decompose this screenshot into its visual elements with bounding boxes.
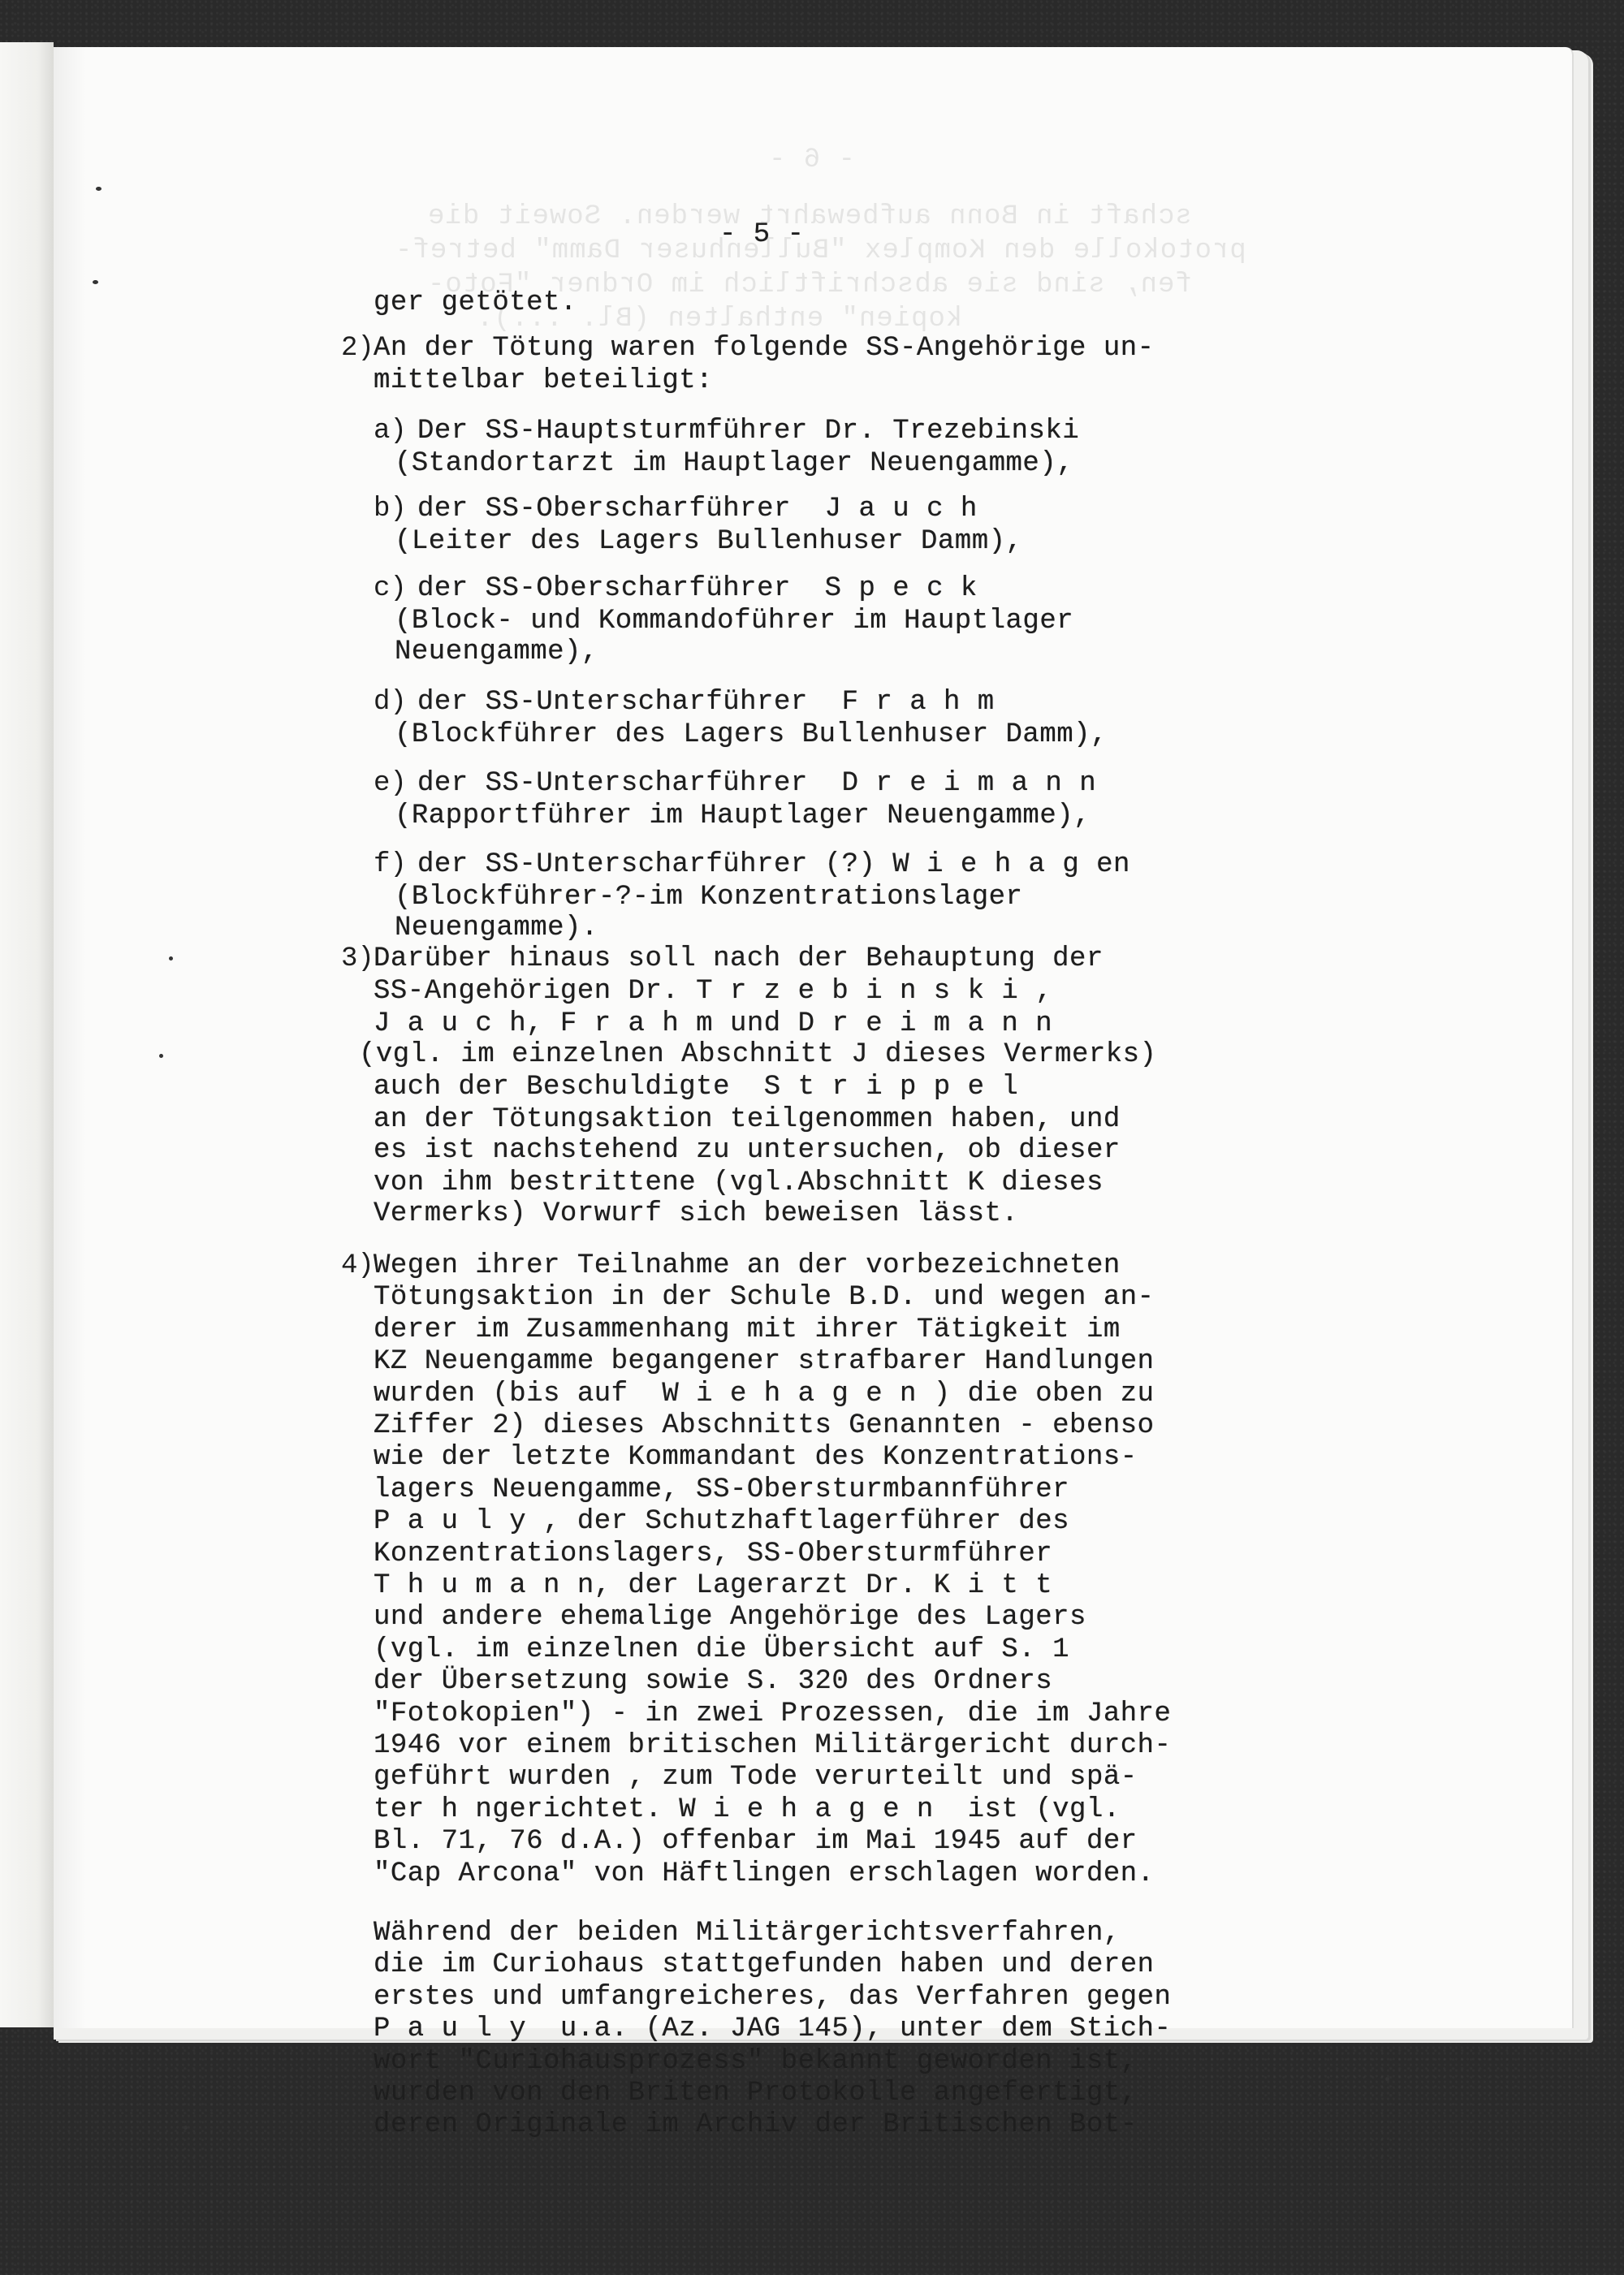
section-4-line: wurden (bis auf W i e h a g e n ) die ob… — [374, 1379, 1155, 1409]
section-4-line: geführt wurden , zum Tode verurteilt und… — [374, 1762, 1138, 1793]
section-4-marker: 4) — [341, 1250, 374, 1281]
section-4-line: lagers Neuengamme, SS-Obersturmbannführe… — [374, 1474, 1069, 1505]
item-c-line: (Block- und Kommandoführer im Hauptlager — [395, 606, 1073, 637]
speck — [93, 280, 98, 284]
section-4-continuation-line: wort "Curiohausprozess" bekannt geworden… — [374, 2046, 1138, 2077]
page-number: - 5 - — [719, 219, 805, 250]
section-4-continuation-line: die im Curiohaus stattgefunden haben und… — [374, 1949, 1155, 1980]
section-2-line: mittelbar beteiligt: — [374, 365, 713, 396]
item-f-line: Neuengamme). — [395, 913, 598, 943]
bleed-line: schaft in Bonn aufbewahrt werden. Soweit… — [427, 201, 1192, 232]
speck — [159, 1054, 163, 1058]
section-3-line: Darüber hinaus soll nach der Behauptung … — [374, 943, 1104, 974]
item-a-line: Der SS-Hauptsturmführer Dr. Trezebinski — [417, 416, 1079, 447]
opening-line: ger getötet. — [374, 287, 577, 318]
section-4-line: wie der letzte Kommandant des Konzentrat… — [374, 1442, 1138, 1473]
speck — [184, 2126, 188, 2130]
section-4-line: "Fotokopien") - in zwei Prozessen, die i… — [374, 1699, 1171, 1729]
section-3-line: es ist nachstehend zu untersuchen, ob di… — [374, 1135, 1121, 1166]
item-d-marker: d) — [374, 687, 407, 718]
item-b-marker: b) — [374, 494, 407, 525]
section-4-line: der Übersetzung sowie S. 320 des Ordners — [374, 1666, 1052, 1697]
item-f-line: der SS-Unterscharführer (?) W i e h a g … — [417, 849, 1130, 880]
section-3-line: J a u c h, F r a h m und D r e i m a n n — [374, 1008, 1052, 1039]
item-d-line: (Blockführer des Lagers Bullenhuser Damm… — [395, 719, 1108, 750]
item-d-line: der SS-Unterscharführer F r a h m — [417, 687, 995, 718]
item-b-line: der SS-Oberscharführer J a u c h — [417, 494, 978, 525]
section-3-line: SS-Angehörigen Dr. T r z e b i n s k i , — [374, 976, 1052, 1007]
section-4-line: "Cap Arcona" von Häftlingen erschlagen w… — [374, 1858, 1155, 1889]
section-4-line: Wegen ihrer Teilnahme an der vorbezeichn… — [374, 1250, 1121, 1281]
section-4-line: und andere ehemalige Angehörige des Lage… — [374, 1602, 1086, 1633]
speck — [169, 956, 173, 961]
section-4-continuation-line: erstes und umfangreicheres, das Verfahre… — [374, 1982, 1171, 2013]
section-3-line: Vermerks) Vorwurf sich beweisen lässt. — [374, 1198, 1018, 1229]
document-page: - 6 - schaft in Bonn aufbewahrt werden. … — [54, 47, 1574, 2028]
section-3-line: (vgl. im einzelnen Abschnitt J dieses Ve… — [359, 1039, 1156, 1070]
speck — [1385, 2077, 1389, 2081]
section-4-line: T h u m a n n, der Lagerarzt Dr. K i t t — [374, 1570, 1052, 1601]
section-2-marker: 2) — [341, 333, 374, 364]
item-e-marker: e) — [374, 768, 407, 799]
section-3-line: an der Tötungsaktion teilgenommen haben,… — [374, 1104, 1121, 1135]
item-a-line: (Standortarzt im Hauptlager Neuengamme), — [395, 448, 1073, 479]
item-f-marker: f) — [374, 849, 407, 880]
section-4-line: (vgl. im einzelnen die Übersicht auf S. … — [374, 1634, 1069, 1665]
item-f-line: (Blockführer-?-im Konzentrationslager — [395, 882, 1022, 913]
item-b-line: (Leiter des Lagers Bullenhuser Damm), — [395, 526, 1022, 557]
section-4-line: KZ Neuengamme begangener strafbarer Hand… — [374, 1346, 1155, 1377]
section-4-line: Konzentrationslagers, SS-Obersturmführer — [374, 1539, 1052, 1569]
section-4-line: derer im Zusammenhang mit ihrer Tätigkei… — [374, 1314, 1121, 1345]
item-c-marker: c) — [374, 573, 407, 604]
item-e-line: (Rapportführer im Hauptlager Neuengamme)… — [395, 801, 1091, 831]
bleed-line: protokolle den Komplex "Bullenhuser Damm… — [395, 235, 1246, 266]
item-c-line: Neuengamme), — [395, 637, 598, 667]
section-4-continuation-line: Während der beiden Militärgerichtsverfah… — [374, 1918, 1121, 1949]
section-3-line: von ihm bestrittene (vgl.Abschnitt K die… — [374, 1168, 1104, 1198]
section-2-line: An der Tötung waren folgende SS-Angehöri… — [374, 333, 1155, 364]
section-4-line: Tötungsaktion in der Schule B.D. und weg… — [374, 1282, 1155, 1313]
section-4-continuation-line: P a u l y u.a. (Az. JAG 145), unter dem … — [374, 2014, 1171, 2044]
item-a-marker: a) — [374, 416, 407, 447]
bleed-page-number: - 6 - — [768, 145, 855, 175]
section-4-line: 1946 vor einem britischen Militärgericht… — [374, 1730, 1171, 1761]
item-e-line: der SS-Unterscharführer D r e i m a n n — [417, 768, 1096, 799]
section-4-line: Ziffer 2) dieses Abschnitts Genannten - … — [374, 1410, 1155, 1441]
section-3-marker: 3) — [341, 943, 374, 974]
speck — [96, 187, 101, 191]
section-3-line: auch der Beschuldigte S t r i p p e l — [374, 1072, 1018, 1103]
section-4-line: ter h ngerichtet. W i e h a g e n ist (v… — [374, 1794, 1121, 1825]
previous-page-edge — [0, 42, 54, 2027]
section-4-continuation-line: deren Originale im Archiv der Britischen… — [374, 2109, 1138, 2140]
section-4-continuation-line: wurden von den Briten Protokolle angefer… — [374, 2078, 1138, 2109]
item-c-line: der SS-Oberscharführer S p e c k — [417, 573, 978, 604]
section-4-line: P a u l y , der Schutzhaftlagerführer de… — [374, 1506, 1069, 1537]
section-4-line: Bl. 71, 76 d.A.) offenbar im Mai 1945 au… — [374, 1826, 1138, 1857]
